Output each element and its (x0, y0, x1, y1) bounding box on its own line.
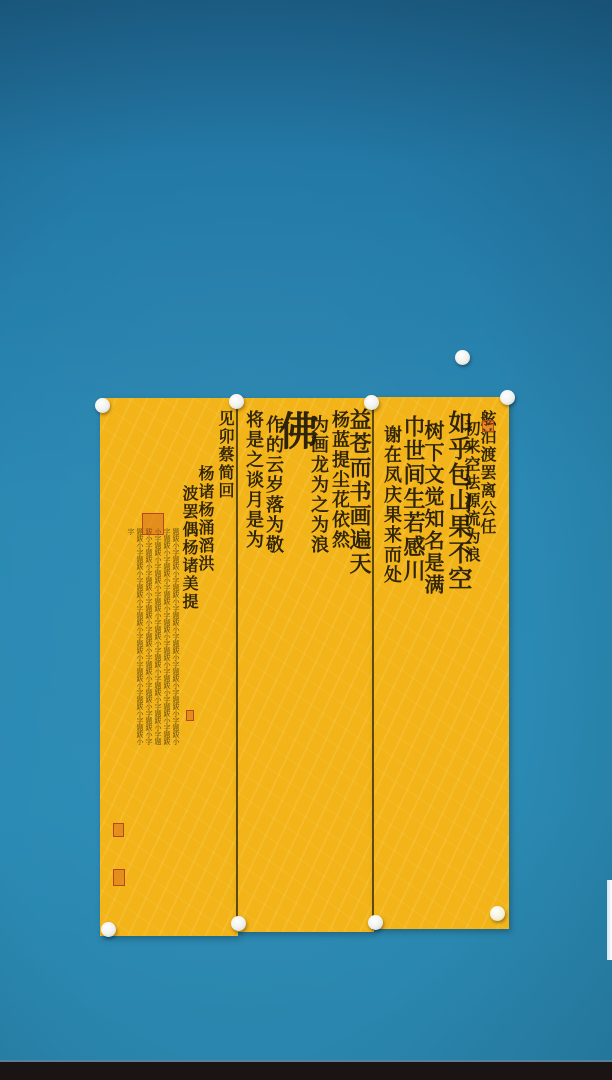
calligraphy-column: 如乎包山果不空 (445, 410, 471, 592)
push-pin (95, 398, 110, 413)
push-pin (101, 922, 116, 937)
push-pin (500, 390, 515, 405)
calligraphy-column: 将是之谈月是为 (240, 410, 266, 550)
calligraphy-column: 谢在凤庆果来而处 (378, 425, 404, 585)
push-pin (231, 916, 246, 931)
door-frame-edge (607, 880, 612, 960)
floor-edge (0, 1060, 612, 1080)
push-pin (490, 906, 505, 921)
red-seal (113, 869, 125, 886)
red-seal (142, 513, 164, 535)
red-seal (113, 823, 124, 837)
panel-seam (372, 400, 374, 930)
push-pin (368, 915, 383, 930)
red-seal (482, 420, 494, 432)
push-pin (364, 395, 379, 410)
small-inscription: 题跋小字题跋小字题跋小字题跋小字题跋小字题跋小字题跋小字题跋小字题跋小字题跋小字… (120, 528, 180, 748)
red-seal (186, 710, 194, 721)
push-pin (229, 394, 244, 409)
push-pin (455, 350, 470, 365)
